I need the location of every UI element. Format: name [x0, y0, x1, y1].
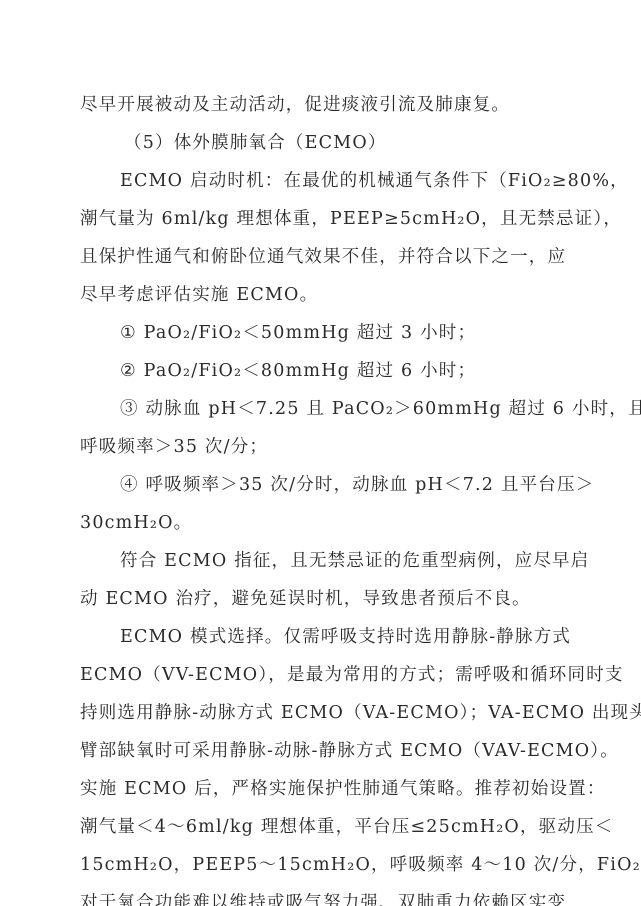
paragraph-line: ECMO（VV-ECMO），是最为常用的方式；需呼吸和循环同时支: [80, 664, 560, 686]
paragraph-line: 且保护性通气和俯卧位通气效果不佳，并符合以下之一，应: [80, 246, 560, 268]
paragraph-line: 实施 ECMO 后，严格实施保护性肺通气策略。推荐初始设置：: [80, 778, 560, 800]
paragraph-line: 尽早考虑评估实施 ECMO。: [80, 284, 560, 306]
section-heading: （5）体外膜肺氧合（ECMO）: [124, 132, 604, 154]
list-item-continuation: 呼吸频率＞35 次/分；: [80, 436, 560, 458]
list-item: ③ 动脉血 pH＜7.25 且 PaCO₂＞60mmHg 超过 6 小时，且: [120, 398, 600, 420]
list-item: ① PaO₂/FiO₂＜50mmHg 超过 3 小时；: [120, 322, 600, 344]
paragraph-line: ECMO 启动时机：在最优的机械通气条件下（FiO₂≥80%，: [120, 170, 600, 192]
paragraph-line: 动 ECMO 治疗，避免延误时机，导致患者预后不良。: [80, 588, 560, 610]
paragraph-line: 对于氧合功能难以维持或吸气努力强、双肺重力依赖区实变: [80, 892, 560, 906]
list-item: ② PaO₂/FiO₂＜80mmHg 超过 6 小时；: [120, 360, 600, 382]
paragraph-line: 符合 ECMO 指征，且无禁忌证的危重型病例，应尽早启: [120, 550, 600, 572]
paragraph-line: 臂部缺氧时可采用静脉-动脉-静脉方式 ECMO（VAV-ECMO）。: [80, 740, 560, 762]
document-page: 尽早开展被动及主动活动，促进痰液引流及肺康复。 （5）体外膜肺氧合（ECMO） …: [0, 0, 641, 906]
paragraph-line: 尽早开展被动及主动活动，促进痰液引流及肺康复。: [80, 94, 560, 116]
paragraph-line: 15cmH₂O，PEEP5～15cmH₂O，呼吸频率 4～10 次/分，FiO₂…: [80, 854, 560, 876]
paragraph-line: 潮气量＜4～6ml/kg 理想体重，平台压≤25cmH₂O，驱动压＜: [80, 816, 560, 838]
list-item-continuation: 30cmH₂O。: [80, 512, 560, 534]
paragraph-line: 持则选用静脉-动脉方式 ECMO（VA-ECMO）；VA-ECMO 出现头: [80, 702, 560, 724]
paragraph-line: 潮气量为 6ml/kg 理想体重，PEEP≥5cmH₂O，且无禁忌证），: [80, 208, 560, 230]
paragraph-line: ECMO 模式选择。仅需呼吸支持时选用静脉-静脉方式: [120, 626, 600, 648]
list-item: ④ 呼吸频率＞35 次/分时，动脉血 pH＜7.2 且平台压＞: [120, 474, 600, 496]
